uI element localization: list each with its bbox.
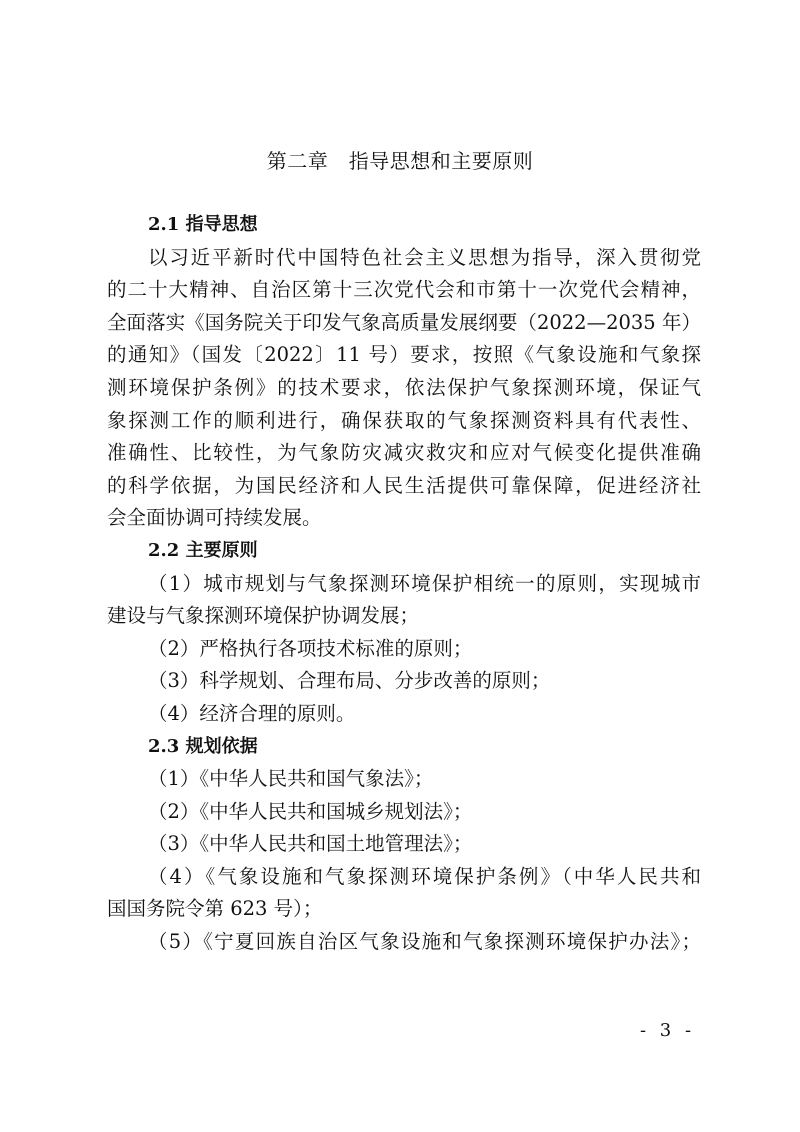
list-item: （5）《宁夏回族自治区气象设施和气象探测环境保护办法》；	[107, 926, 701, 959]
list-item-continuation: 国国务院令第 623 号）；	[107, 893, 701, 926]
document-page: 第二章 指导思想和主要原则 2.1 指导思想 以习近平新时代中国特色社会主义思想…	[0, 0, 800, 1132]
section-heading-2-2: 2.2 主要原则	[107, 535, 701, 568]
paragraph-line: 全面落实《国务院关于印发气象高质量发展纲要（2022—2035 年）	[107, 307, 701, 340]
paragraph-line: 的二十大精神、自治区第十三次党代会和市第十一次党代会精神，	[107, 274, 701, 307]
paragraph-line: 测环境保护条例》的技术要求，依法保护气象探测环境，保证气	[107, 372, 701, 405]
paragraph-line: 象探测工作的顺利进行，确保获取的气象探测资料具有代表性、	[107, 405, 701, 438]
list-item: （4）《气象设施和气象探测环境保护条例》（中华人民共和	[107, 861, 701, 894]
section-heading-2-3: 2.3 规划依据	[107, 731, 701, 764]
chapter-title: 第二章 指导思想和主要原则	[0, 145, 800, 174]
list-item: （2）严格执行各项技术标准的原则；	[107, 633, 701, 666]
list-item: （3）科学规划、合理布局、分步改善的原则；	[107, 665, 701, 698]
list-item: （3）《中华人民共和国土地管理法》；	[107, 828, 701, 861]
paragraph-line: 准确性、比较性，为气象防灾减灾救灾和应对气候变化提供准确	[107, 437, 701, 470]
paragraph-line: 以习近平新时代中国特色社会主义思想为指导，深入贯彻党	[107, 242, 701, 275]
list-item: （2）《中华人民共和国城乡规划法》；	[107, 796, 701, 829]
paragraph-line: 会全面协调可持续发展。	[107, 502, 701, 535]
section-heading-2-1: 2.1 指导思想	[107, 209, 701, 242]
list-item-continuation: 建设与气象探测环境保护协调发展；	[107, 600, 701, 633]
list-item: （1）《中华人民共和国气象法》；	[107, 763, 701, 796]
document-body: 2.1 指导思想 以习近平新时代中国特色社会主义思想为指导，深入贯彻党 的二十大…	[107, 209, 701, 959]
page-number: - 3 -	[640, 1020, 695, 1041]
list-item: （1）城市规划与气象探测环境保护相统一的原则，实现城市	[107, 568, 701, 601]
list-item: （4）经济合理的原则。	[107, 698, 701, 731]
paragraph-line: 的科学依据，为国民经济和人民生活提供可靠保障，促进经济社	[107, 470, 701, 503]
paragraph-line: 的通知》（国发〔2022〕11 号）要求，按照《气象设施和气象探	[107, 339, 701, 372]
